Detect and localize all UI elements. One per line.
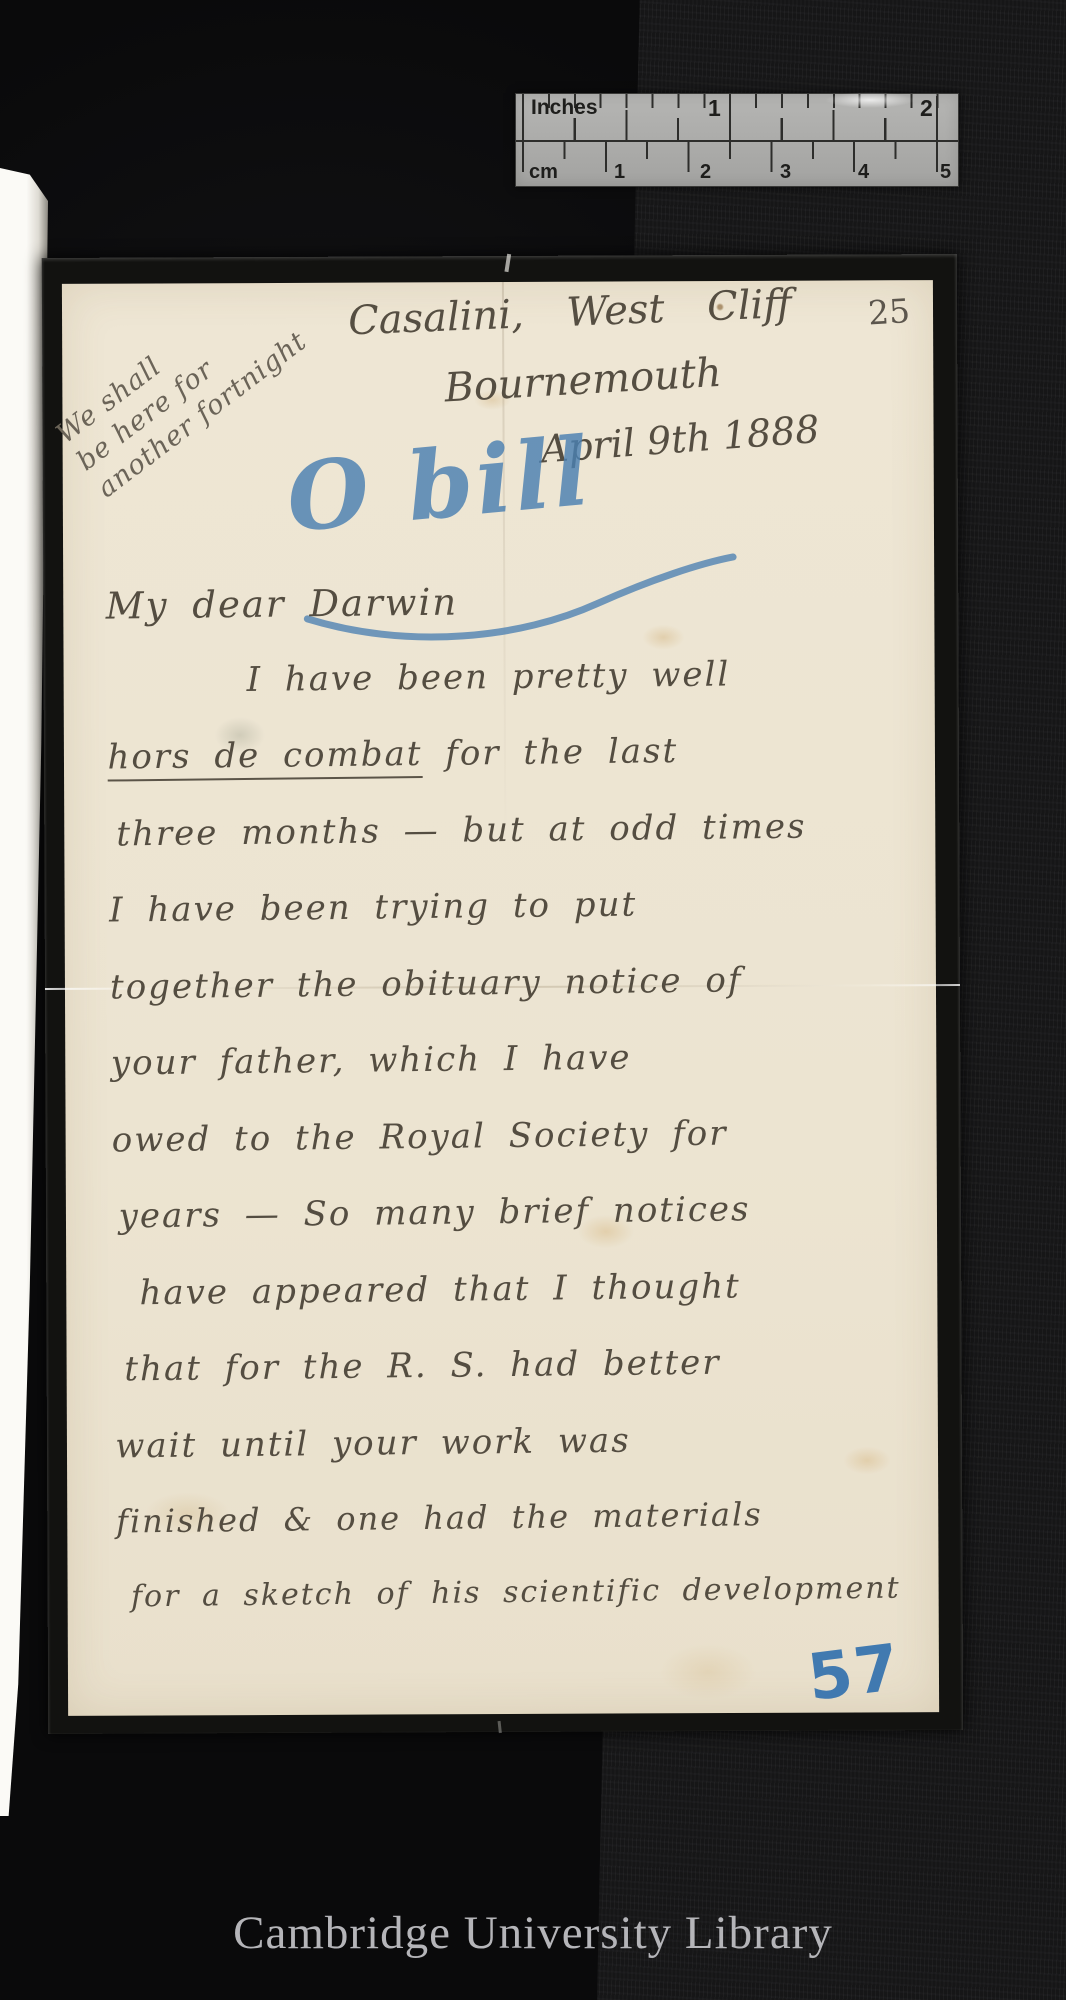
line-text: years — So many brief notices xyxy=(118,1189,750,1236)
letter-paper: We shallbe here foranother fortnight Cas… xyxy=(62,280,939,1716)
line-text: I have been pretty well xyxy=(246,654,730,699)
line-text: owed to the Royal Society for xyxy=(112,1113,728,1160)
letter-line: I have been trying to put xyxy=(109,881,921,967)
letter-line: wait until your work was xyxy=(115,1417,927,1503)
line-text: finished & one had the materials xyxy=(116,1495,763,1540)
scale-ruler: Inches 12 cm 12345 xyxy=(515,93,959,187)
line-text: for a sketch of his scientific developme… xyxy=(131,1570,901,1614)
line-text: together the obituary notice of xyxy=(110,960,743,1007)
letter-body: My dear DarwinI have been pretty wellhor… xyxy=(105,575,928,1655)
address-line-2: Bournemouth xyxy=(443,350,723,412)
letter-line: together the obituary notice of xyxy=(110,958,922,1044)
letter-line: My dear Darwin xyxy=(105,575,917,661)
blue-crayon-annotation: O bill xyxy=(282,417,596,554)
mount-scratch xyxy=(498,1721,502,1733)
line-text: have appeared that I thought xyxy=(139,1266,741,1313)
line-text: three months — but at odd times xyxy=(116,806,807,854)
ruler-cm-row: cm 12345 xyxy=(516,142,958,186)
pencil-note: We shallbe here foranother fortnight xyxy=(50,267,319,506)
line-text: your father, which I have xyxy=(111,1038,632,1084)
letter-line: that for the R. S. had better xyxy=(114,1340,926,1426)
mount-scratch xyxy=(504,254,511,272)
letter-line: years — So many brief notices xyxy=(112,1187,924,1273)
line-text: for the last xyxy=(422,731,678,774)
line-text: that for the R. S. had better xyxy=(124,1343,721,1390)
letter-line: your father, which I have xyxy=(111,1034,923,1120)
ruler-inches-row: Inches 12 xyxy=(516,94,958,142)
library-watermark: Cambridge University Library xyxy=(0,1906,1066,1960)
line-text: My dear Darwin xyxy=(105,581,458,628)
archive-number-blue: 57 xyxy=(804,1631,906,1716)
letter-line: I have been pretty well xyxy=(106,652,918,738)
letter-line: hors de combat for the last xyxy=(107,728,919,814)
ruler-inch-tick-label: 2 xyxy=(920,95,933,122)
ruler-cm-tick-label: 5 xyxy=(940,161,951,184)
ruler-cm-tick-label: 4 xyxy=(858,161,869,184)
letter-line: have appeared that I thought xyxy=(113,1264,925,1350)
ruler-inches-label: Inches xyxy=(531,96,598,120)
page-number-pencil: 25 xyxy=(867,291,911,332)
address-line-1: Casalini, West Cliff xyxy=(347,281,792,344)
line-underlined-text: hors de combat xyxy=(107,734,423,782)
letter-mount: We shallbe here foranother fortnight Cas… xyxy=(42,254,963,1734)
letter-line: owed to the Royal Society for xyxy=(112,1111,924,1197)
ruler-cm-label: cm xyxy=(529,161,558,184)
ruler-inch-tick-label: 1 xyxy=(708,95,721,122)
letter-line: finished & one had the materials xyxy=(116,1493,928,1579)
line-text: wait until your work was xyxy=(115,1420,631,1466)
ruler-cm-tick-label: 1 xyxy=(614,161,625,184)
ruler-cm-tick-label: 3 xyxy=(780,161,791,184)
letter-line: three months — but at odd times xyxy=(108,805,920,891)
ruler-cm-tick-label: 2 xyxy=(700,161,711,184)
line-text: I have been trying to put xyxy=(109,885,637,931)
